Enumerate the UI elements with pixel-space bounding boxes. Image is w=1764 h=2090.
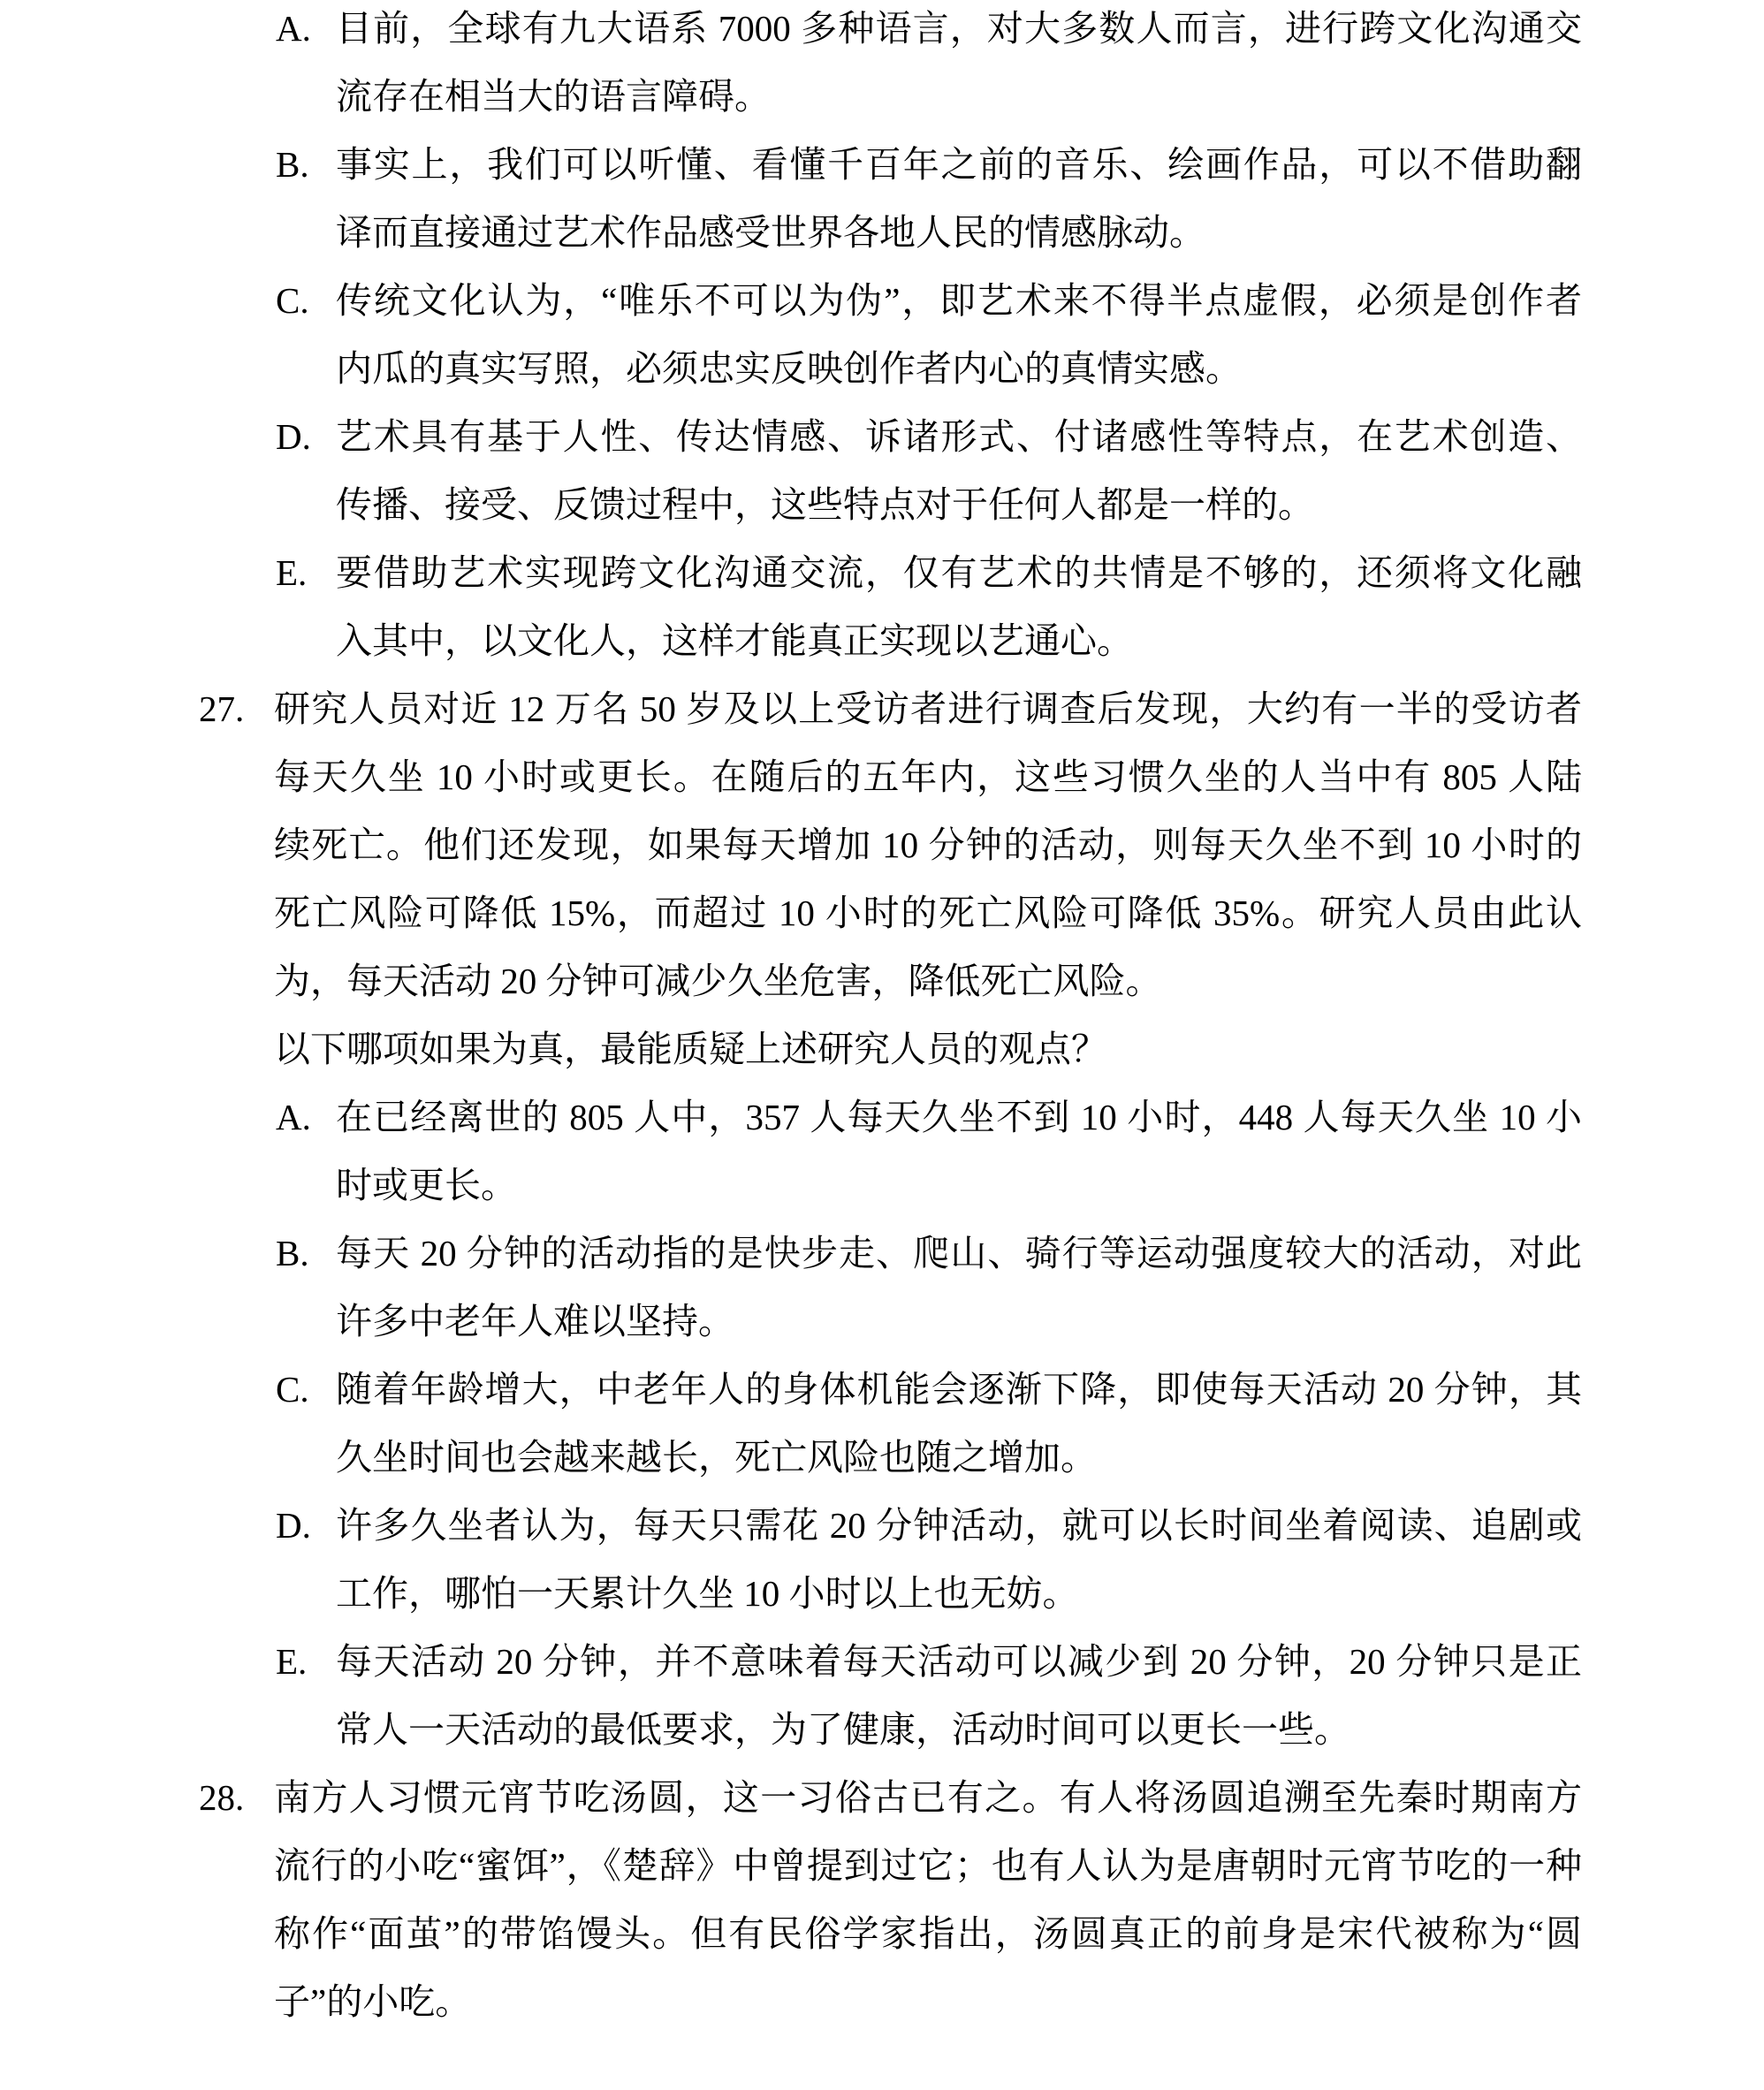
option-d-line-1: 艺术具有基于人性、传达情感、诉诸形式、付诸感性等特点，在艺术创造、	[336, 403, 1582, 471]
option-b-line-1: 每天 20 分钟的活动指的是快步走、爬山、骑行等运动强度较大的活动，对此	[336, 1220, 1582, 1288]
exam-paper-page: A. 目前，全球有九大语系 7000 多种语言，对大多数人而言，进行跨文化沟通交…	[0, 0, 1764, 2090]
option-e-line-2: 入其中，以文化人，这样才能真正实现以艺通心。	[336, 607, 1582, 675]
option-c-letter: C.	[276, 1356, 309, 1424]
option-c-line-2: 内瓜的真实写照，必须忠实反映创作者内心的真情实感。	[336, 335, 1582, 403]
option-e-row: E. 要借助艺术实现跨文化沟通交流，仅有艺术的共情是不够的，还须将文化融 入其中…	[276, 539, 1582, 675]
option-d-line-1: 许多久坐者认为，每天只需花 20 分钟活动，就可以长时间坐着阅读、追剧或	[336, 1492, 1582, 1560]
question-28-stem-line-3: 称作“面茧”的带馅馒头。但有民俗学家指出，汤圆真正的前身是宋代被称为“圆	[274, 1900, 1582, 1968]
option-b-letter: B.	[276, 1220, 309, 1288]
question-27-stem-line-2: 每天久坐 10 小时或更长。在随后的五年内，这些习惯久坐的人当中有 805 人陆	[274, 743, 1582, 811]
option-d-letter: D.	[276, 403, 311, 471]
option-a-line-2: 流存在相当大的语言障碍。	[336, 63, 1582, 131]
question-27-number: 27.	[199, 675, 244, 743]
question-27-options: A. 在已经离世的 805 人中，357 人每天久坐不到 10 小时，448 人…	[276, 1083, 1582, 1764]
option-d-line-2: 传播、接受、反馈过程中，这些特点对于任何人都是一样的。	[336, 471, 1582, 539]
option-d-row: D. 许多久坐者认为，每天只需花 20 分钟活动，就可以长时间坐着阅读、追剧或 …	[276, 1492, 1582, 1628]
question-27: 27. 研究人员对近 12 万名 50 岁及以上受访者进行调查后发现，大约有一半…	[199, 675, 1582, 1764]
option-c-row: C. 传统文化认为，“唯乐不可以为伪”，即艺术来不得半点虚假，必须是创作者 内瓜…	[276, 267, 1582, 403]
question-28-number: 28.	[199, 1764, 244, 1832]
option-b-line-1: 事实上，我们可以听懂、看懂千百年之前的音乐、绘画作品，可以不借助翻	[336, 131, 1582, 199]
option-b-line-2: 许多中老年人难以坚持。	[336, 1288, 1582, 1356]
option-d-row: D. 艺术具有基于人性、传达情感、诉诸形式、付诸感性等特点，在艺术创造、 传播、…	[276, 403, 1582, 539]
question-27-stem-line-5: 为，每天活动 20 分钟可减少久坐危害，降低死亡风险。	[274, 947, 1582, 1015]
option-e-row: E. 每天活动 20 分钟，并不意味着每天活动可以减少到 20 分钟，20 分钟…	[276, 1628, 1582, 1764]
option-b-row: B. 每天 20 分钟的活动指的是快步走、爬山、骑行等运动强度较大的活动，对此 …	[276, 1220, 1582, 1356]
question-28: 28. 南方人习惯元宵节吃汤圆，这一习俗古已有之。有人将汤圆追溯至先秦时期南方 …	[199, 1764, 1582, 2036]
question-28-stem-line-2: 流行的小吃“蜜饵”，《楚辞》中曾提到过它；也有人认为是唐朝时元宵节吃的一种	[274, 1832, 1582, 1900]
question-28-stem: 28. 南方人习惯元宵节吃汤圆，这一习俗古已有之。有人将汤圆追溯至先秦时期南方 …	[199, 1764, 1582, 2036]
option-a-line-2: 时或更长。	[336, 1151, 1582, 1220]
option-e-letter: E.	[276, 1628, 307, 1696]
option-a-row: A. 目前，全球有九大语系 7000 多种语言，对大多数人而言，进行跨文化沟通交…	[276, 0, 1582, 131]
question-27-prompt: 以下哪项如果为真，最能质疑上述研究人员的观点？	[274, 1015, 1582, 1083]
option-b-line-2: 译而直接通过艺术作品感受世界各地人民的情感脉动。	[336, 199, 1582, 267]
option-b-letter: B.	[276, 131, 309, 199]
option-c-line-2: 久坐时间也会越来越长，死亡风险也随之增加。	[336, 1424, 1582, 1492]
question-28-stem-line-4: 子”的小吃。	[274, 1968, 1582, 2036]
option-a-letter: A.	[276, 1083, 311, 1151]
option-a-line-1: 目前，全球有九大语系 7000 多种语言，对大多数人而言，进行跨文化沟通交	[336, 0, 1582, 63]
question-28-stem-line-1: 南方人习惯元宵节吃汤圆，这一习俗古已有之。有人将汤圆追溯至先秦时期南方	[274, 1764, 1582, 1832]
option-d-letter: D.	[276, 1492, 311, 1560]
question-27-stem: 27. 研究人员对近 12 万名 50 岁及以上受访者进行调查后发现，大约有一半…	[199, 675, 1582, 1083]
option-c-line-1: 传统文化认为，“唯乐不可以为伪”，即艺术来不得半点虚假，必须是创作者	[336, 267, 1582, 335]
option-c-letter: C.	[276, 267, 309, 335]
option-a-letter: A.	[276, 0, 311, 63]
option-b-row: B. 事实上，我们可以听懂、看懂千百年之前的音乐、绘画作品，可以不借助翻 译而直…	[276, 131, 1582, 267]
option-a-line-1: 在已经离世的 805 人中，357 人每天久坐不到 10 小时，448 人每天久…	[336, 1083, 1582, 1151]
option-c-line-1: 随着年龄增大，中老年人的身体机能会逐渐下降，即使每天活动 20 分钟，其	[336, 1356, 1582, 1424]
option-a-row: A. 在已经离世的 805 人中，357 人每天久坐不到 10 小时，448 人…	[276, 1083, 1582, 1220]
question-27-stem-line-3: 续死亡。他们还发现，如果每天增加 10 分钟的活动，则每天久坐不到 10 小时的	[274, 811, 1582, 879]
question-27-stem-line-1: 研究人员对近 12 万名 50 岁及以上受访者进行调查后发现，大约有一半的受访者	[274, 675, 1582, 743]
option-c-row: C. 随着年龄增大，中老年人的身体机能会逐渐下降，即使每天活动 20 分钟，其 …	[276, 1356, 1582, 1492]
page-content: A. 目前，全球有九大语系 7000 多种语言，对大多数人而言，进行跨文化沟通交…	[199, 0, 1582, 2036]
option-e-line-1: 每天活动 20 分钟，并不意味着每天活动可以减少到 20 分钟，20 分钟只是正	[336, 1628, 1582, 1696]
option-e-line-2: 常人一天活动的最低要求，为了健康，活动时间可以更长一些。	[336, 1696, 1582, 1764]
option-d-line-2: 工作，哪怕一天累计久坐 10 小时以上也无妨。	[336, 1560, 1582, 1628]
question-26-options: A. 目前，全球有九大语系 7000 多种语言，对大多数人而言，进行跨文化沟通交…	[276, 0, 1582, 675]
question-27-stem-line-4: 死亡风险可降低 15%，而超过 10 小时的死亡风险可降低 35%。研究人员由此…	[274, 879, 1582, 947]
option-e-letter: E.	[276, 539, 307, 607]
option-e-line-1: 要借助艺术实现跨文化沟通交流，仅有艺术的共情是不够的，还须将文化融	[336, 539, 1582, 607]
